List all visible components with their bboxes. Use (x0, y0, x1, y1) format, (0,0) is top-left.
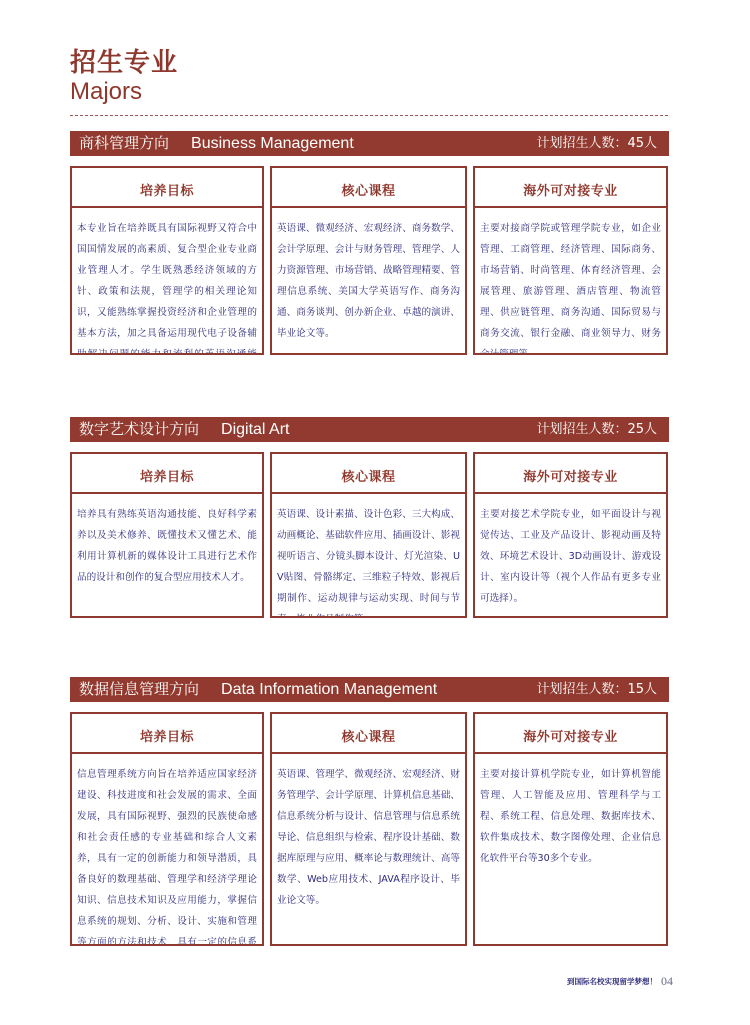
overseas-header: 海外可对接专业 (473, 452, 668, 494)
footer-slogan: 到国际名校实现留学梦想！ (567, 976, 657, 987)
goal-text: 培养具有熟练英语沟通技能、良好科学素养以及美术修养、既懂技术又懂艺术、能利用计算… (70, 494, 264, 618)
courses-header: 核心课程 (270, 712, 467, 754)
enrollment-quota: 计划招生人数：45人 (536, 131, 657, 156)
courses-text: 英语课、设计素描、设计色彩、三大构成、动画概论、基础软件应用、插画设计、影视视听… (270, 494, 467, 618)
courses-column: 核心课程 英语课、管理学、微观经济、宏观经济、财务管理学、会计学原理、计算机信息… (270, 712, 467, 946)
section-business-management: 商科管理方向 Business Management 计划招生人数：45人 培养… (70, 131, 669, 156)
goal-column: 培养目标 本专业旨在培养既具有国际视野又符合中国国情发展的高素质、复合型企业专业… (70, 166, 264, 355)
overseas-column: 海外可对接专业 主要对接计算机学院专业，如计算机智能管理、人工智能及应用、管理科… (473, 712, 668, 946)
courses-column: 核心课程 英语课、设计素描、设计色彩、三大构成、动画概论、基础软件应用、插画设计… (270, 452, 467, 618)
overseas-column: 海外可对接专业 主要对接商学院或管理学院专业，如企业管理、工商管理、经济管理、国… (473, 166, 668, 355)
overseas-text: 主要对接商学院或管理学院专业，如企业管理、工商管理、经济管理、国际商务、市场营销… (473, 208, 668, 355)
section-banner: 数据信息管理方向 Data Information Management 计划招… (70, 677, 669, 702)
goal-header: 培养目标 (70, 166, 264, 208)
section-digital-art: 数字艺术设计方向 Digital Art 计划招生人数：25人 培养目标 培养具… (70, 417, 669, 442)
goal-header: 培养目标 (70, 452, 264, 494)
goal-column: 培养目标 信息管理系统方向旨在培养适应国家经济建设、科技进度和社会发展的需求、全… (70, 712, 264, 946)
section-name-en: Digital Art (221, 417, 289, 442)
goal-text: 本专业旨在培养既具有国际视野又符合中国国情发展的高素质、复合型企业专业商业管理人… (70, 208, 264, 355)
enrollment-quota: 计划招生人数：15人 (536, 677, 657, 702)
goal-column: 培养目标 培养具有熟练英语沟通技能、良好科学素养以及美术修养、既懂技术又懂艺术、… (70, 452, 264, 618)
enrollment-quota: 计划招生人数：25人 (536, 417, 657, 442)
page-number: 04 (661, 974, 673, 989)
section-name-cn: 商科管理方向 (79, 131, 169, 156)
courses-header: 核心课程 (270, 452, 467, 494)
section-name-cn: 数据信息管理方向 (79, 677, 199, 702)
page-title-en: Majors (70, 78, 142, 106)
overseas-text: 主要对接艺术学院专业，如平面设计与视觉传达、工业及产品设计、影视动画及特效、环境… (473, 494, 668, 618)
overseas-column: 海外可对接专业 主要对接艺术学院专业，如平面设计与视觉传达、工业及产品设计、影视… (473, 452, 668, 618)
page-footer: 到国际名校实现留学梦想！ 04 (567, 974, 673, 989)
courses-column: 核心课程 英语课、微观经济、宏观经济、商务数学、会计学原理、会计与财务管理、管理… (270, 166, 467, 355)
section-name-en: Business Management (191, 131, 354, 156)
overseas-header: 海外可对接专业 (473, 166, 668, 208)
overseas-header: 海外可对接专业 (473, 712, 668, 754)
page-title-cn: 招生专业 (70, 48, 178, 78)
section-name-en: Data Information Management (221, 677, 437, 702)
goal-header: 培养目标 (70, 712, 264, 754)
goal-text: 信息管理系统方向旨在培养适应国家经济建设、科技进度和社会发展的需求、全面发展，具… (70, 754, 264, 946)
courses-text: 英语课、微观经济、宏观经济、商务数学、会计学原理、会计与财务管理、管理学、人力资… (270, 208, 467, 355)
section-banner: 数字艺术设计方向 Digital Art 计划招生人数：25人 (70, 417, 669, 442)
courses-text: 英语课、管理学、微观经济、宏观经济、财务管理学、会计学原理、计算机信息基础、信息… (270, 754, 467, 946)
courses-header: 核心课程 (270, 166, 467, 208)
section-name-cn: 数字艺术设计方向 (79, 417, 199, 442)
section-banner: 商科管理方向 Business Management 计划招生人数：45人 (70, 131, 669, 156)
dashed-divider (70, 115, 668, 116)
section-data-information-management: 数据信息管理方向 Data Information Management 计划招… (70, 677, 669, 702)
overseas-text: 主要对接计算机学院专业，如计算机智能管理、人工智能及应用、管理科学与工程、系统工… (473, 754, 668, 946)
